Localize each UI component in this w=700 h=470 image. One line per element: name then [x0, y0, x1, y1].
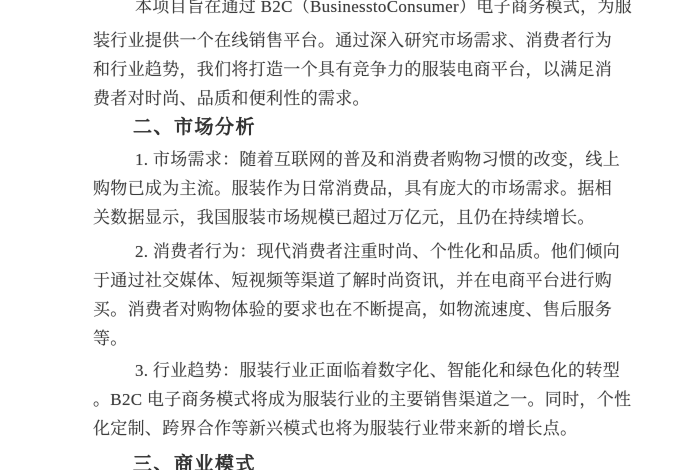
intro-line-1: 本项目旨在通过 B2C（BusinesstoConsumer）电子商务模式，为服	[135, 0, 632, 17]
market-demand-line-1: 1. 市场需求：随着互联网的普及和消费者购物习惯的改变，线上	[135, 149, 620, 170]
intro-line-2: 装行业提供一个在线销售平台。通过深入研究市场需求、消费者行为	[93, 30, 612, 51]
section-heading-market-analysis: 二、市场分析	[133, 117, 256, 138]
consumer-behavior-line-1: 2. 消费者行为：现代消费者注重时尚、个性化和品质。他们倾向	[135, 241, 620, 262]
intro-line-4: 费者对时尚、品质和便利性的需求。	[93, 88, 370, 109]
consumer-behavior-line-3: 买。消费者对购物体验的要求也在不断提高，如物流速度、售后服务	[93, 299, 612, 320]
industry-trend-line-3: 化定制、跨界合作等新兴模式也将为服装行业带来新的增长点。	[93, 418, 577, 439]
market-demand-line-3: 关数据显示，我国服装市场规模已超过万亿元，且仍在持续增长。	[93, 207, 595, 228]
document-page: 本项目旨在通过 B2C（BusinesstoConsumer）电子商务模式，为服…	[0, 0, 700, 470]
industry-trend-line-1: 3. 行业趋势：服装行业正面临着数字化、智能化和绿色化的转型	[135, 360, 620, 381]
section-heading-business-model: 三、商业模式	[133, 454, 256, 470]
intro-line-3: 和行业趋势，我们将打造一个具有竞争力的服装电商平台，以满足消	[93, 59, 612, 80]
market-demand-line-2: 购物已成为主流。服装作为日常消费品，具有庞大的市场需求。据相	[93, 178, 612, 199]
consumer-behavior-line-2: 于通过社交媒体、短视频等渠道了解时尚资讯，并在电商平台进行购	[93, 270, 612, 291]
industry-trend-line-2: 。B2C 电子商务模式将成为服装行业的主要销售渠道之一。同时，个性	[93, 389, 631, 410]
consumer-behavior-line-4: 等。	[93, 328, 128, 349]
